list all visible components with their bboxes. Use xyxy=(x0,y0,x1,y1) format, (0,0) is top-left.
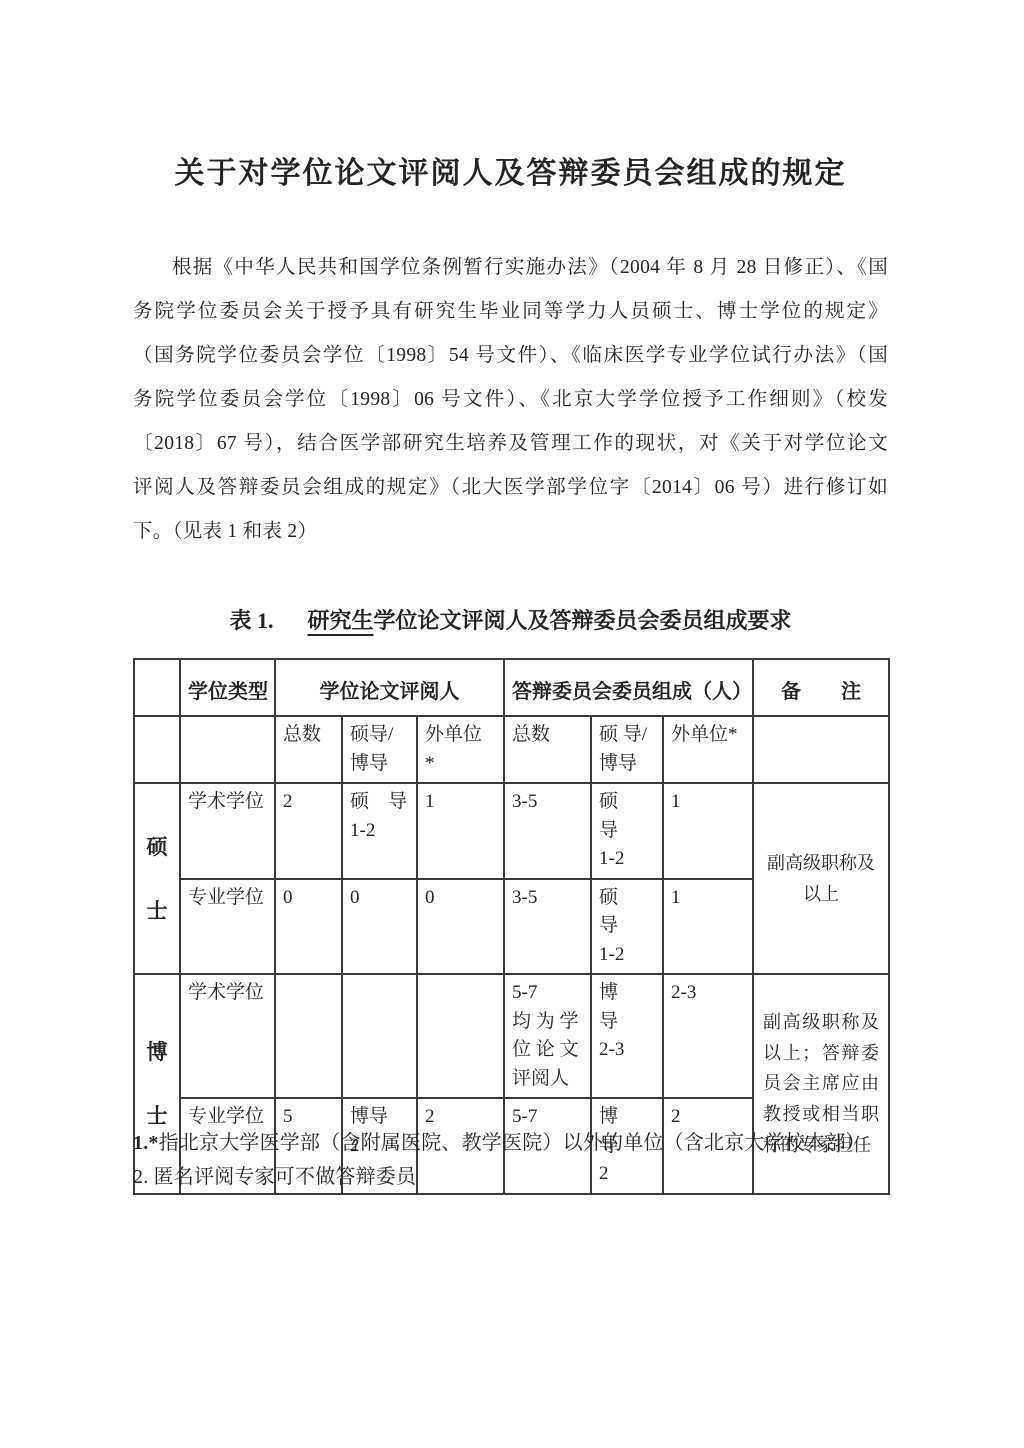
cell-value: 博 导 2-3 xyxy=(591,974,663,1098)
cell-degree: 学术学位 xyxy=(180,974,275,1098)
paragraph-line: 根据《中华人民共和国学位条例暂行实施办法》（2004 年 8 月 28 日修正）… xyxy=(133,246,888,290)
cell-value: 2-3 xyxy=(663,974,753,1098)
footnote-text: 匿名评阅专家可不做答辩委员 xyxy=(148,1166,416,1188)
page-title: 关于对学位论文评阅人及答辩委员会组成的规定 xyxy=(133,152,888,196)
table1-caption-text: 学位论文评阅人及答辩委员会委员组成要求 xyxy=(374,608,792,633)
remark-master: 副高级职称及以上 xyxy=(753,783,889,974)
cell-value: 硕 导 1-2 xyxy=(591,879,663,975)
cell-value: 硕 导 1-2 xyxy=(342,783,417,879)
corner-empty-cell xyxy=(134,659,180,716)
document-page: 关于对学位论文评阅人及答辩委员会组成的规定 根据《中华人民共和国学位条例暂行实施… xyxy=(0,0,1024,1448)
th-reviewers-external: 外单位 * xyxy=(417,716,504,783)
intro-paragraph: 根据《中华人民共和国学位条例暂行实施办法》（2004 年 8 月 28 日修正）… xyxy=(133,246,888,554)
cell-value: 3-5 xyxy=(504,783,591,879)
th-reviewers-total: 总数 xyxy=(275,716,342,783)
cell-value: 0 xyxy=(417,879,504,975)
paragraph-line: 评阅人及答辩委员会组成的规定》（北大医学部学位字〔2014〕06 号）进行修订如 xyxy=(133,466,888,510)
th-reviewers-supervisor: 硕导/ 博导 xyxy=(342,716,417,783)
empty-cell xyxy=(134,716,180,783)
th-thesis-reviewers-group: 学位论文评阅人 xyxy=(275,659,504,716)
table1-container: 学位类型 学位论文评阅人 答辩委员会委员组成（人） 备 注 总数 硕导/ 博导 … xyxy=(133,658,888,1195)
paragraph-line: 〔2018〕67 号），结合医学部研究生培养及管理工作的现状，对《关于对学位论文 xyxy=(133,422,888,466)
footnotes: 1.*指北京大学医学部（含附属医院、教学医院）以外的单位（含北京大学校本部） 2… xyxy=(133,1126,888,1194)
footnote-marker: 2. xyxy=(133,1166,148,1188)
paragraph-line: 下。（见表 1 和表 2） xyxy=(133,510,888,554)
group-label-master: 硕 士 xyxy=(134,783,180,974)
table1-header-row-1: 学位类型 学位论文评阅人 答辩委员会委员组成（人） 备 注 xyxy=(134,659,889,716)
cell-value: 硕 导 1-2 xyxy=(591,783,663,879)
cell-value xyxy=(275,974,342,1098)
paragraph-line: 务院学位委员会关于授予具有研究生毕业同等学力人员硕士、博士学位的规定》 xyxy=(133,290,888,334)
cell-value xyxy=(342,974,417,1098)
row-doctor-academic: 博 士 学术学位 5-7 均 为 学 位 论 文 评阅人 博 导 2-3 2-3… xyxy=(134,974,889,1098)
cell-value: 1 xyxy=(663,783,753,879)
table1-caption: 表 1.研究生学位论文评阅人及答辩委员会委员组成要求 xyxy=(133,602,888,640)
footnote-1: 1.*指北京大学医学部（含附属医院、教学医院）以外的单位（含北京大学校本部） xyxy=(133,1126,888,1160)
table1: 学位类型 学位论文评阅人 答辩委员会委员组成（人） 备 注 总数 硕导/ 博导 … xyxy=(133,658,890,1195)
cell-value: 2 xyxy=(275,783,342,879)
cell-value: 5-7 均 为 学 位 论 文 评阅人 xyxy=(504,974,591,1098)
table1-caption-underlined-text: 研究生 xyxy=(307,608,373,633)
th-remarks: 备 注 xyxy=(753,659,889,716)
empty-cell xyxy=(753,716,889,783)
cell-degree: 学术学位 xyxy=(180,783,275,879)
table1-header-row-2: 总数 硕导/ 博导 外单位 * 总数 硕 导/ 博导 外单位* xyxy=(134,716,889,783)
cell-value: 0 xyxy=(275,879,342,975)
cell-value: 3-5 xyxy=(504,879,591,975)
row-master-academic: 硕 士 学术学位 2 硕 导 1-2 1 3-5 硕 导 1-2 1 副高级职称… xyxy=(134,783,889,879)
th-committee-total: 总数 xyxy=(504,716,591,783)
th-defense-committee-group: 答辩委员会委员组成（人） xyxy=(504,659,753,716)
paragraph-line: 务院学位委员会学位〔1998〕06 号文件）、《北京大学学位授予工作细则》（校发 xyxy=(133,378,888,422)
cell-value: 1 xyxy=(417,783,504,879)
th-committee-supervisor: 硕 导/ 博导 xyxy=(591,716,663,783)
footnote-marker: 1.* xyxy=(133,1132,159,1154)
table1-caption-number: 表 1. xyxy=(229,608,273,633)
empty-cell xyxy=(180,716,275,783)
cell-value xyxy=(417,974,504,1098)
th-committee-external: 外单位* xyxy=(663,716,753,783)
th-degree-type: 学位类型 xyxy=(180,659,275,716)
paragraph-line: （国务院学位委员会学位〔1998〕54 号文件）、《临床医学专业学位试行办法》（… xyxy=(133,334,888,378)
footnote-text: 指北京大学医学部（含附属医院、教学医院）以外的单位（含北京大学校本部） xyxy=(159,1132,866,1154)
footnote-2: 2. 匿名评阅专家可不做答辩委员 xyxy=(133,1160,888,1194)
cell-value: 1 xyxy=(663,879,753,975)
cell-degree: 专业学位 xyxy=(180,879,275,975)
cell-value: 0 xyxy=(342,879,417,975)
